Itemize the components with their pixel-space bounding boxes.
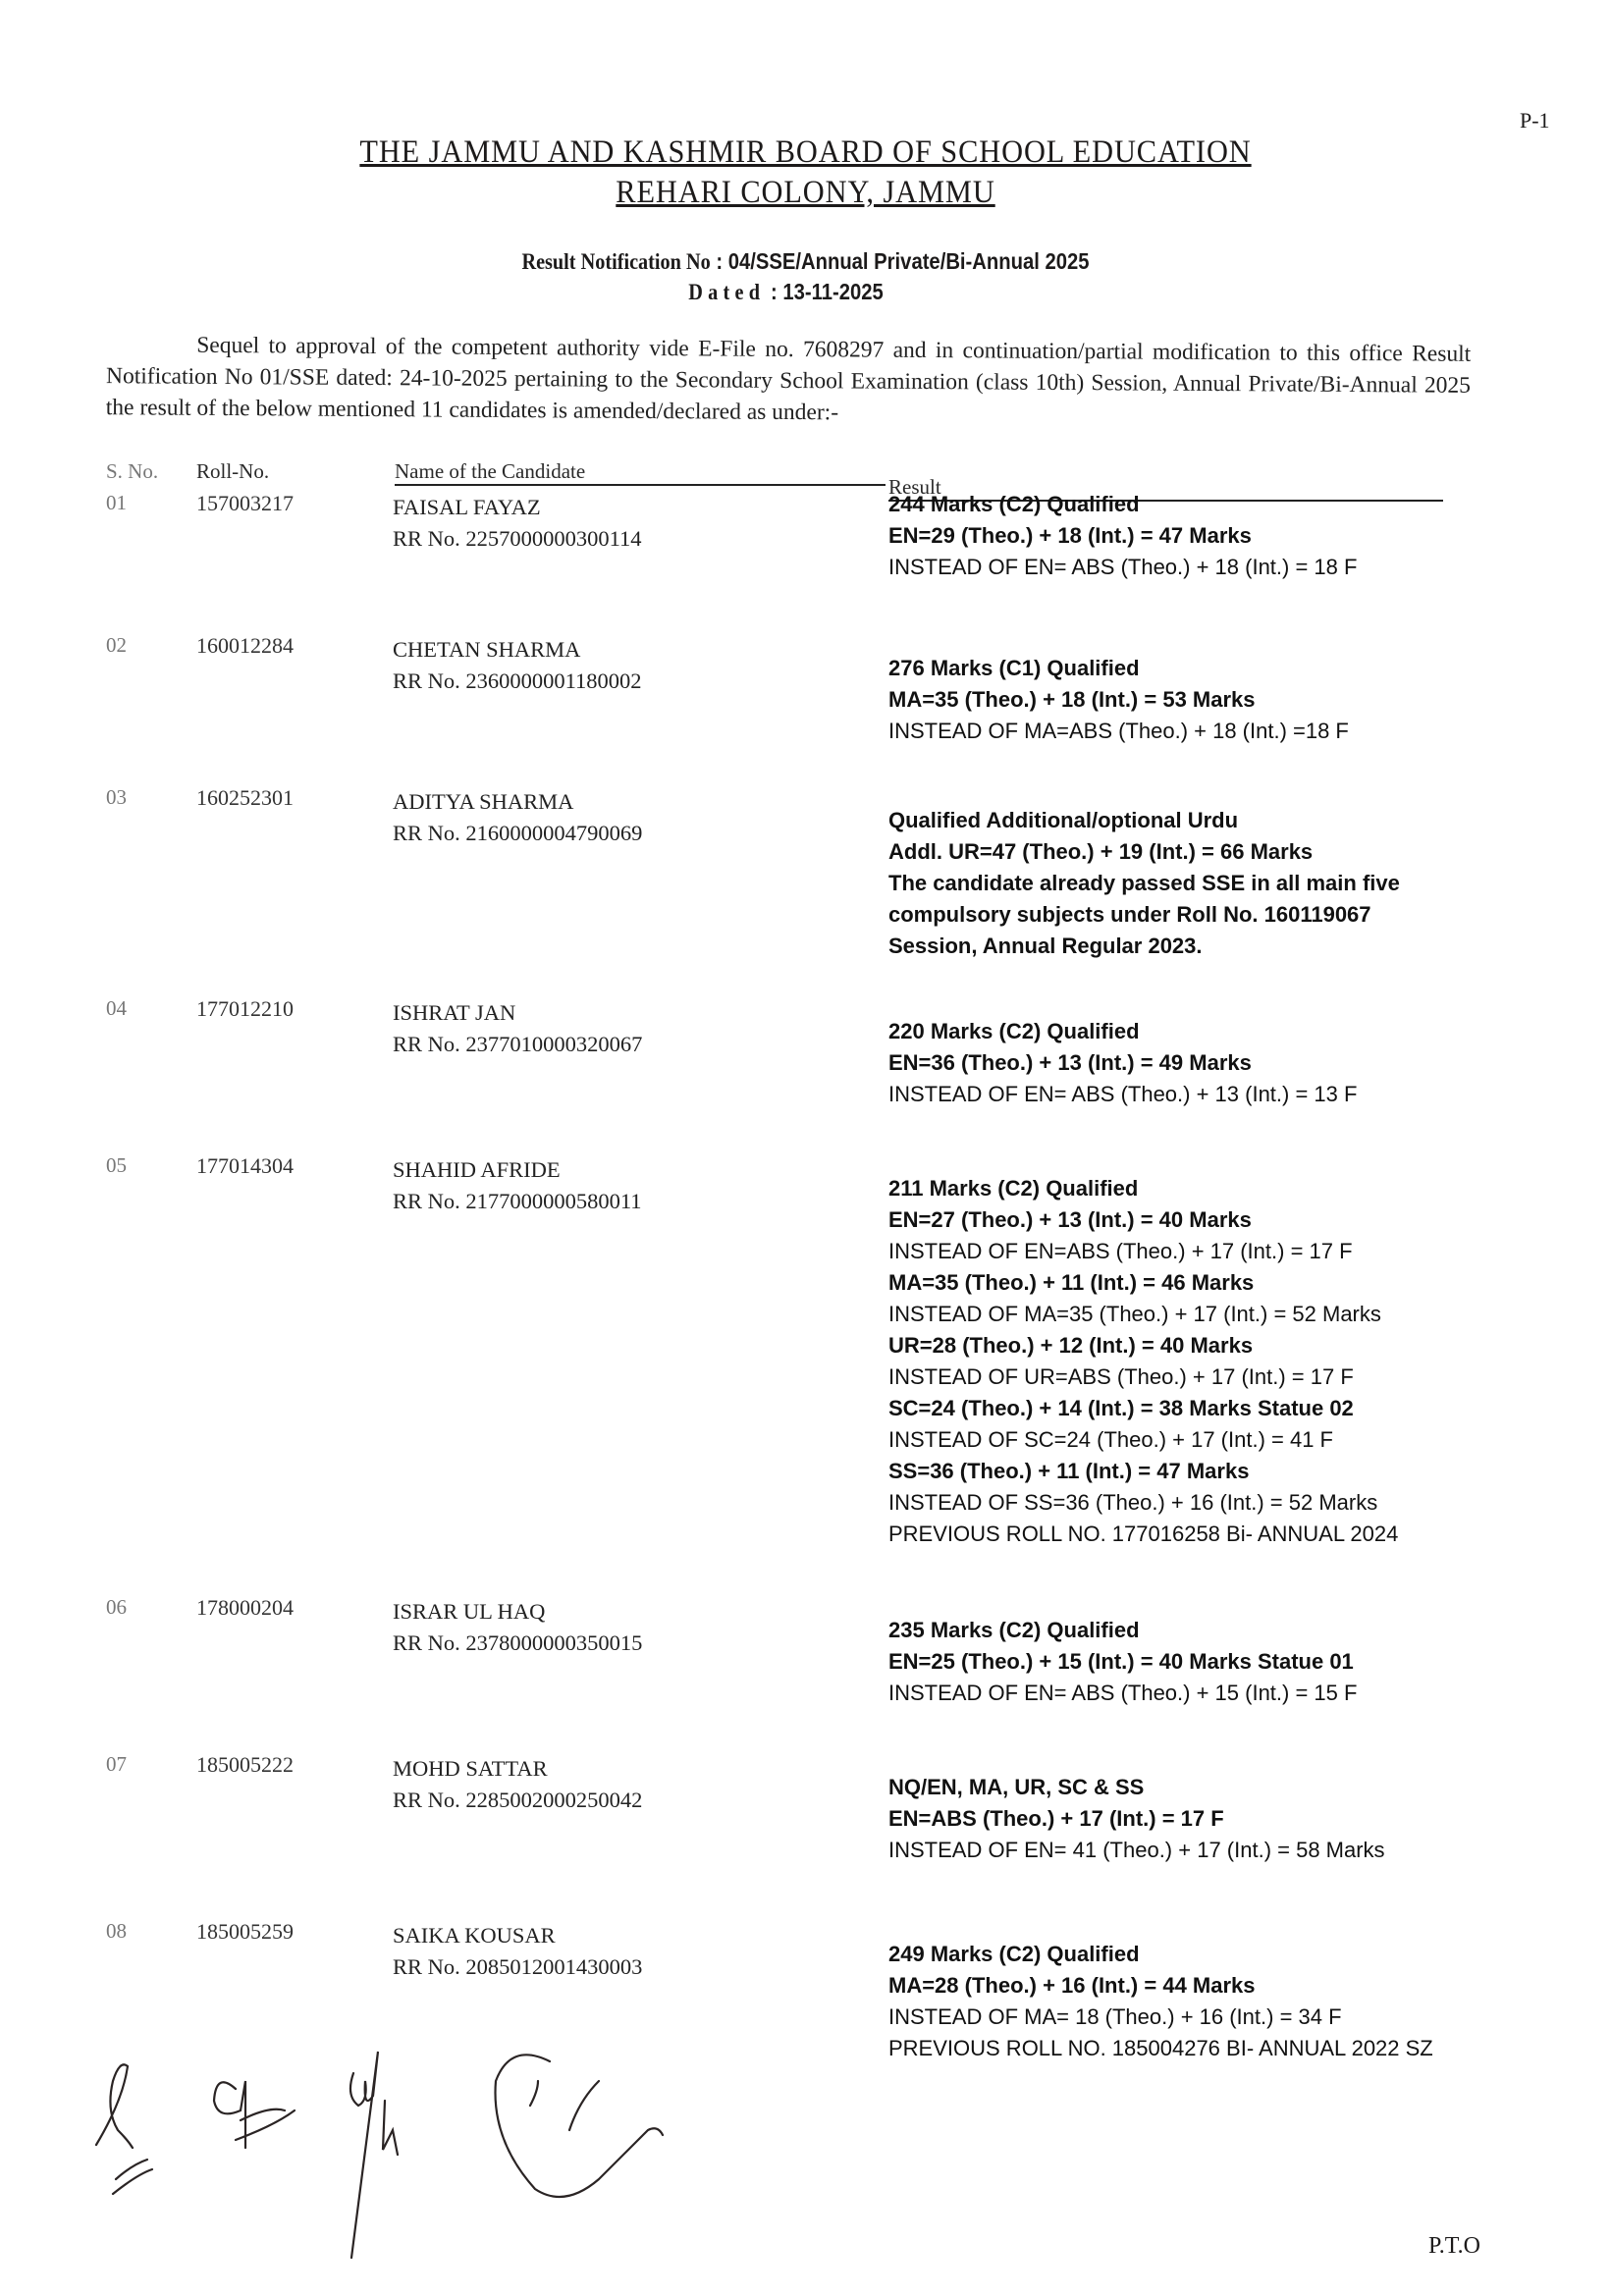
result-details: 276 Marks (C1) QualifiedMA=35 (Theo.) + … (888, 653, 1349, 747)
pto-marker: P.T.O (1428, 2233, 1480, 2260)
roll-number: 157003217 (196, 491, 294, 516)
candidate-name: FAISAL FAYAZ (393, 495, 541, 520)
result-line: 249 Marks (C2) Qualified (888, 1939, 1433, 1970)
organization-address: REHARI COLONY, JAMMU (65, 172, 1547, 213)
signature-marks (96, 2052, 663, 2258)
result-line: UR=28 (Theo.) + 12 (Int.) = 40 Marks (888, 1330, 1398, 1362)
result-line: MA=35 (Theo.) + 11 (Int.) = 46 Marks (888, 1267, 1398, 1299)
page-marker: P-1 (1520, 108, 1550, 133)
result-line: INSTEAD OF SC=24 (Theo.) + 17 (Int.) = 4… (888, 1424, 1398, 1456)
result-details: NQ/EN, MA, UR, SC & SSEN=ABS (Theo.) + 1… (888, 1772, 1385, 1866)
result-details: 220 Marks (C2) QualifiedEN=36 (Theo.) + … (888, 1016, 1357, 1110)
notification-date: Dated : 13-11-2025 (60, 277, 1512, 307)
result-line: INSTEAD OF SS=36 (Theo.) + 16 (Int.) = 5… (888, 1487, 1398, 1519)
result-line: EN=36 (Theo.) + 13 (Int.) = 49 Marks (888, 1047, 1357, 1079)
result-line: INSTEAD OF MA=35 (Theo.) + 17 (Int.) = 5… (888, 1299, 1398, 1330)
result-line: SC=24 (Theo.) + 14 (Int.) = 38 Marks Sta… (888, 1393, 1398, 1424)
rr-number: RR No. 2285002000250042 (393, 1788, 642, 1813)
rr-number: RR No. 2177000000580011 (393, 1189, 642, 1214)
notification-value: 04/SSE/Annual Private/Bi-Annual 2025 (728, 248, 1090, 274)
rr-number: RR No. 2160000004790069 (393, 821, 642, 846)
notification-label: Result Notification No (521, 249, 710, 274)
candidate-name: ISRAR UL HAQ (393, 1599, 545, 1625)
rr-number: RR No. 2377010000320067 (393, 1032, 642, 1057)
result-line: MA=28 (Theo.) + 16 (Int.) = 44 Marks (888, 1970, 1433, 2002)
signatures (0, 2042, 982, 2268)
dated-label: Dated (688, 280, 765, 304)
serial-number: 02 (106, 633, 127, 658)
result-line: INSTEAD OF MA= 18 (Theo.) + 16 (Int.) = … (888, 2002, 1433, 2033)
column-header-name: Name of the Candidate (395, 459, 886, 486)
result-line: INSTEAD OF EN= 41 (Theo.) + 17 (Int.) = … (888, 1835, 1385, 1866)
result-line: INSTEAD OF EN= ABS (Theo.) + 13 (Int.) =… (888, 1079, 1357, 1110)
roll-number: 160012284 (196, 633, 294, 659)
roll-number: 160252301 (196, 785, 294, 811)
organization-title: THE JAMMU AND KASHMIR BOARD OF SCHOOL ED… (65, 133, 1547, 172)
result-line: MA=35 (Theo.) + 18 (Int.) = 53 Marks (888, 684, 1349, 716)
roll-number: 185005222 (196, 1752, 294, 1778)
result-line: 220 Marks (C2) Qualified (888, 1016, 1357, 1047)
rr-number: RR No. 2378000000350015 (393, 1630, 642, 1656)
serial-number: 05 (106, 1153, 127, 1178)
result-line: EN=ABS (Theo.) + 17 (Int.) = 17 F (888, 1803, 1385, 1835)
candidate-name: MOHD SATTAR (393, 1756, 548, 1782)
serial-number: 04 (106, 996, 127, 1021)
candidate-name: ADITYA SHARMA (393, 789, 573, 815)
result-line: The candidate already passed SSE in all … (888, 868, 1400, 899)
roll-number: 177014304 (196, 1153, 294, 1179)
roll-number: 177012210 (196, 996, 294, 1022)
document-header: THE JAMMU AND KASHMIR BOARD OF SCHOOL ED… (0, 133, 1611, 307)
result-line: Qualified Additional/optional Urdu (888, 805, 1400, 836)
rr-number: RR No. 2360000001180002 (393, 668, 642, 694)
intro-paragraph: Sequel to approval of the competent auth… (106, 329, 1472, 433)
result-line: EN=25 (Theo.) + 15 (Int.) = 40 Marks Sta… (888, 1646, 1357, 1678)
result-line: EN=27 (Theo.) + 13 (Int.) = 40 Marks (888, 1204, 1398, 1236)
result-details: Qualified Additional/optional UrduAddl. … (888, 805, 1400, 962)
column-header-roll: Roll-No. (196, 459, 269, 484)
rr-number: RR No. 2085012001430003 (393, 1954, 642, 1980)
result-details: 235 Marks (C2) QualifiedEN=25 (Theo.) + … (888, 1615, 1357, 1709)
result-details: 244 Marks (C2) QualifiedEN=29 (Theo.) + … (888, 489, 1357, 583)
candidate-name: ISHRAT JAN (393, 1000, 515, 1026)
serial-number: 08 (106, 1919, 127, 1944)
result-line: 211 Marks (C2) Qualified (888, 1173, 1398, 1204)
result-line: 244 Marks (C2) Qualified (888, 489, 1357, 520)
result-line: Addl. UR=47 (Theo.) + 19 (Int.) = 66 Mar… (888, 836, 1400, 868)
result-line: INSTEAD OF EN= ABS (Theo.) + 15 (Int.) =… (888, 1678, 1357, 1709)
candidate-name: SAIKA KOUSAR (393, 1923, 556, 1949)
result-line: NQ/EN, MA, UR, SC & SS (888, 1772, 1385, 1803)
column-header-sno: S. No. (106, 459, 158, 484)
roll-number: 178000204 (196, 1595, 294, 1621)
result-line: EN=29 (Theo.) + 18 (Int.) = 47 Marks (888, 520, 1357, 552)
roll-number: 185005259 (196, 1919, 294, 1945)
result-line: 276 Marks (C1) Qualified (888, 653, 1349, 684)
notification-number: Result Notification No : 04/SSE/Annual P… (96, 246, 1514, 277)
rr-number: RR No. 2257000000300114 (393, 526, 642, 552)
candidate-name: CHETAN SHARMA (393, 637, 580, 663)
candidate-name: SHAHID AFRIDE (393, 1157, 561, 1183)
result-details: 211 Marks (C2) QualifiedEN=27 (Theo.) + … (888, 1173, 1398, 1550)
serial-number: 06 (106, 1595, 127, 1620)
result-line: INSTEAD OF EN= ABS (Theo.) + 18 (Int.) =… (888, 552, 1357, 583)
result-line: INSTEAD OF MA=ABS (Theo.) + 18 (Int.) =1… (888, 716, 1349, 747)
result-line: INSTEAD OF EN=ABS (Theo.) + 17 (Int.) = … (888, 1236, 1398, 1267)
serial-number: 01 (106, 491, 127, 515)
serial-number: 07 (106, 1752, 127, 1777)
result-line: 235 Marks (C2) Qualified (888, 1615, 1357, 1646)
serial-number: 03 (106, 785, 127, 810)
result-line: INSTEAD OF UR=ABS (Theo.) + 17 (Int.) = … (888, 1362, 1398, 1393)
intro-text: Sequel to approval of the competent auth… (106, 333, 1472, 426)
result-line: compulsory subjects under Roll No. 16011… (888, 899, 1400, 931)
result-line: PREVIOUS ROLL NO. 177016258 Bi- ANNUAL 2… (888, 1519, 1398, 1550)
result-line: Session, Annual Regular 2023. (888, 931, 1400, 962)
result-line: SS=36 (Theo.) + 11 (Int.) = 47 Marks (888, 1456, 1398, 1487)
dated-value: 13-11-2025 (782, 279, 883, 304)
